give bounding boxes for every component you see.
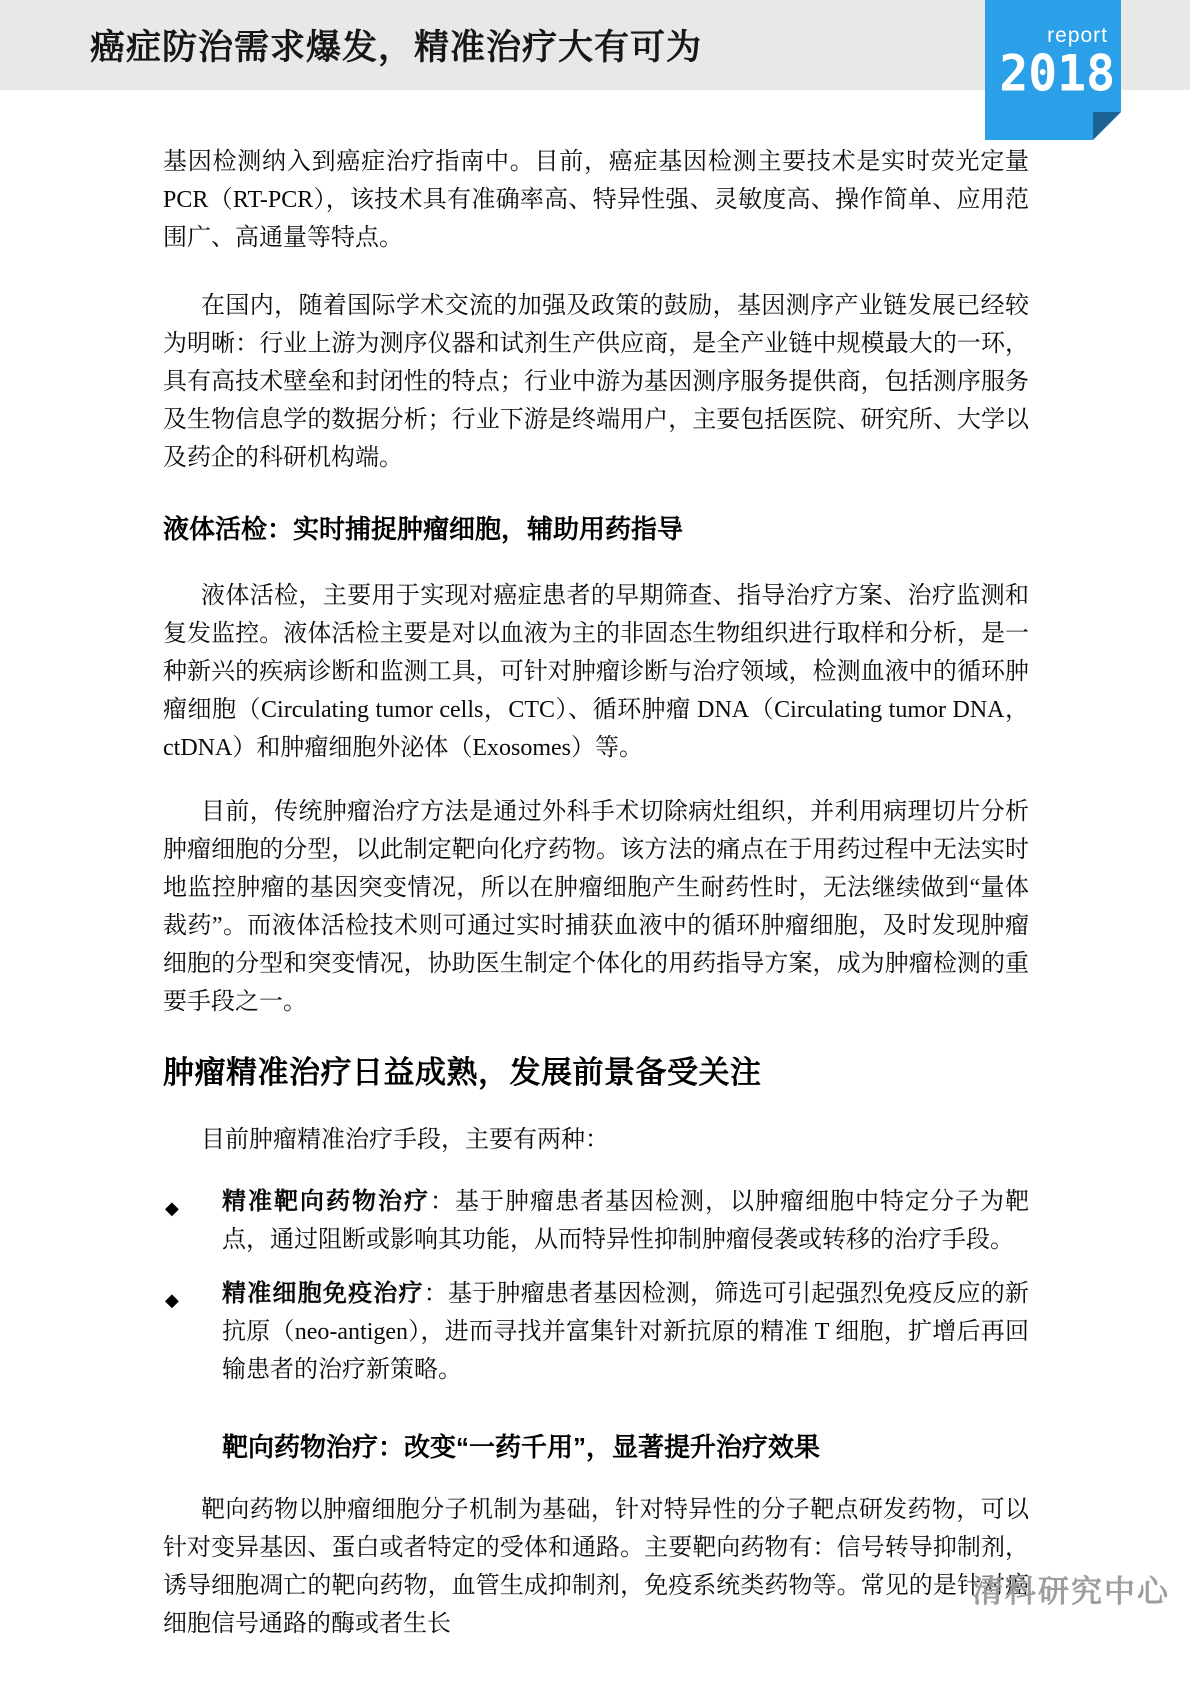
heading-precision-treatment: 肿瘤精准治疗日益成熟，发展前景备受关注 [163,1051,1029,1095]
bullet-lead: 精准靶向药物治疗 [222,1188,430,1215]
document-body: 基因检测纳入到癌症治疗指南中。目前，癌症基因检测主要技术是实时荧光定量 PCR（… [163,143,1029,1643]
paragraph-traditional-treatment: 目前，传统肿瘤治疗方法是通过外科手术切除病灶组织，并利用病理切片分析肿瘤细胞的分… [163,793,1029,1021]
paragraph-domestic-industry-chain: 在国内，随着国际学术交流的加强及政策的鼓励，基因测序产业链发展已经较为明晰：行业… [163,287,1029,477]
report-page: { "colors":{ "header_bg":"#e9e8e8", "bad… [0,0,1190,1683]
bullet-item-cell-immunotherapy: ◆精准细胞免疫治疗：基于肿瘤患者基因检测，筛选可引起强烈免疫反应的新抗原（neo… [163,1275,1029,1389]
diamond-bullet-icon: ◆ [165,1282,179,1320]
paragraph-two-methods: 目前肿瘤精准治疗手段，主要有两种： [163,1121,1029,1159]
badge-year: 2018 [985,48,1115,100]
paragraph-targeted-drugs: 靶向药物以肿瘤细胞分子机制为基础，针对特异性的分子靶点研发药物，可以针对变异基因… [163,1491,1029,1643]
ribbon-fold-corner [1093,112,1121,140]
year-ribbon-badge: report 2018 [985,0,1121,140]
heading-targeted-drug-therapy: 靶向药物治疗：改变“一药千用”，显著提升治疗效果 [222,1429,1029,1465]
footer-logo: 清科研究中心 [972,1566,1170,1611]
diamond-bullet-icon: ◆ [165,1190,179,1228]
paragraph-liquid-biopsy-intro: 液体活检，主要用于实现对癌症患者的早期筛查、指导治疗方案、治疗监测和复发监控。液… [163,577,1029,767]
bullet-lead: 精准细胞免疫治疗 [222,1280,424,1307]
paragraph-gene-testing: 基因检测纳入到癌症治疗指南中。目前，癌症基因检测主要技术是实时荧光定量 PCR（… [163,143,1029,257]
heading-liquid-biopsy: 液体活检：实时捕捉肿瘤细胞，辅助用药指导 [163,511,1029,547]
bullet-item-targeted-drug: ◆精准靶向药物治疗：基于肿瘤患者基因检测，以肿瘤细胞中特定分子为靶点，通过阻断或… [163,1183,1029,1259]
page-title: 癌症防治需求爆发，精准治疗大有可为 [90,0,702,90]
